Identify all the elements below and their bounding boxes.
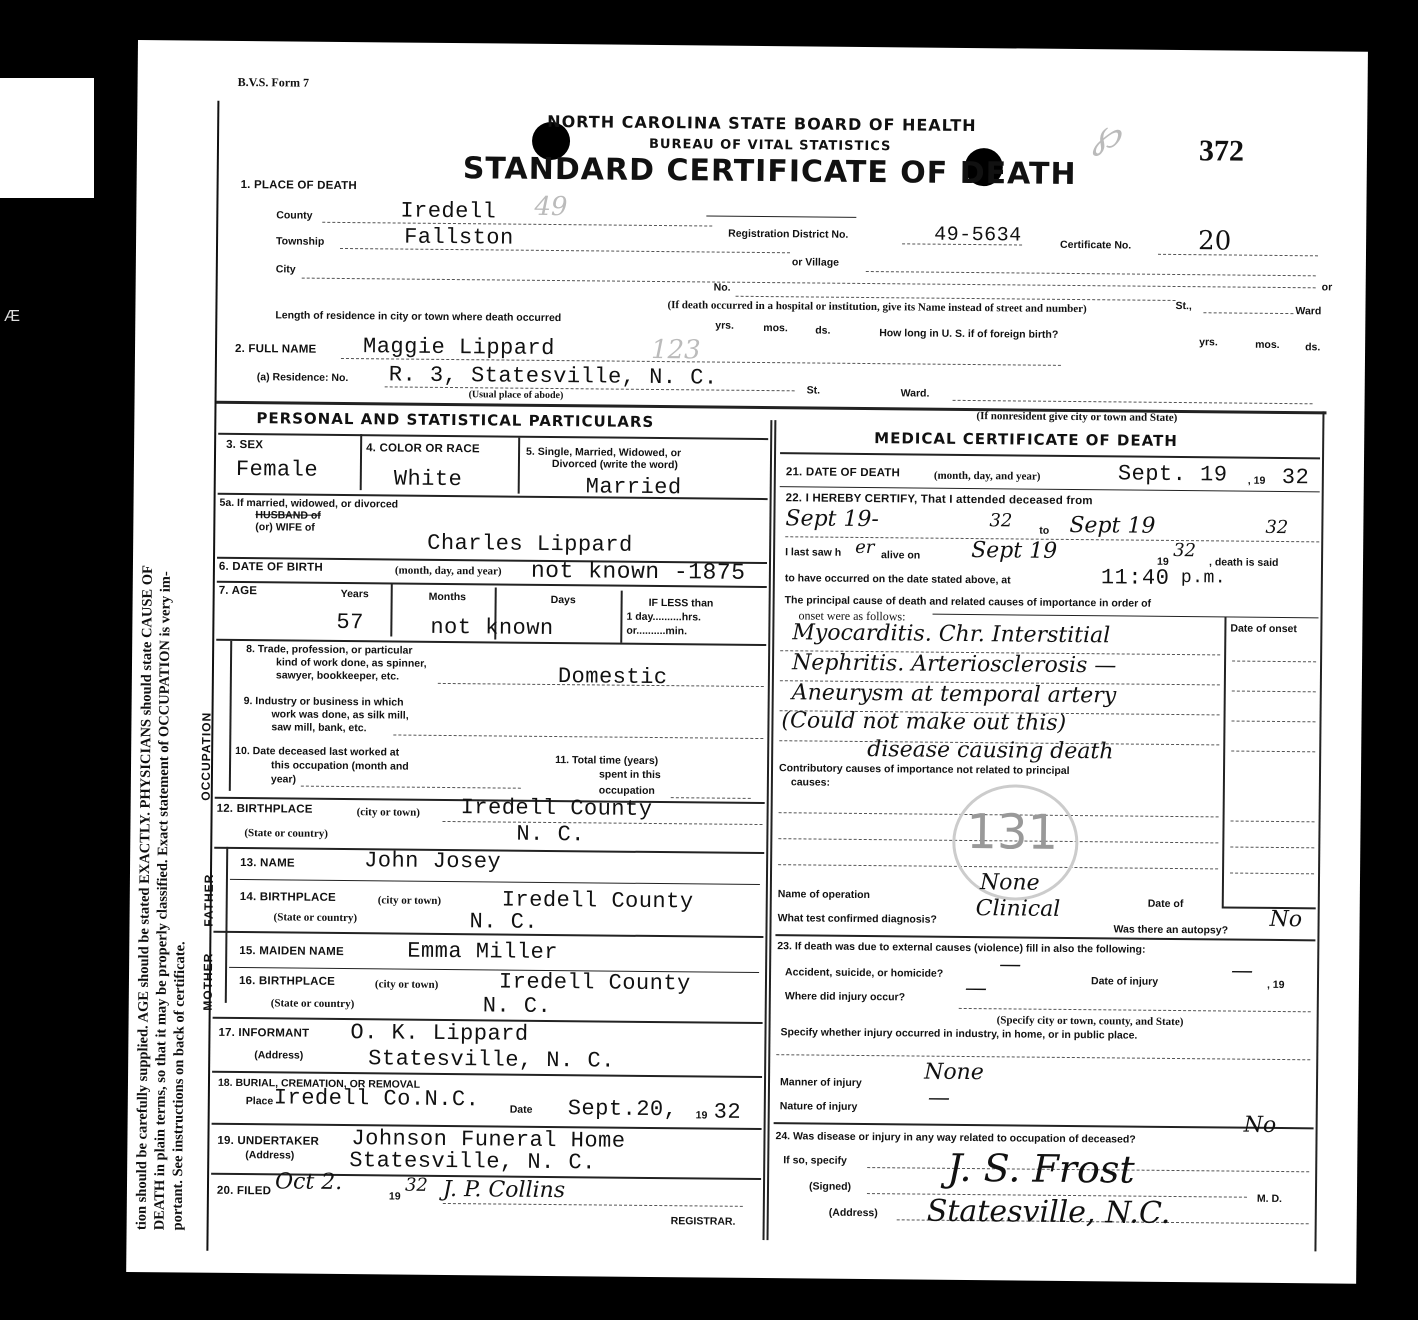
mother-side-label: MOTHER (201, 953, 216, 1011)
foreign-yrs-label: yrs. (1199, 336, 1218, 348)
sex-value: Female (236, 457, 318, 483)
row-line (775, 934, 1315, 941)
industry-label-2: work was done, as silk mill, (271, 708, 408, 721)
onset-rule (1232, 721, 1316, 723)
death-said-label: , death is said (1209, 556, 1279, 569)
accident-value: — (999, 952, 1021, 977)
certificate-no-label: Certificate No. (1060, 239, 1131, 252)
attended-to-value: Sept 19 (1069, 513, 1155, 539)
accident-label: Accident, suicide, or homicide? (785, 966, 943, 980)
where-injury-label: Where did injury occur? (785, 990, 905, 1003)
spouse-value: Charles Lippard (427, 531, 633, 558)
occupation-related-label: 24. Was disease or injury in any way rel… (775, 1130, 1135, 1145)
spouse-label-3: (or) WIFE of (255, 521, 315, 534)
manner-label: Manner of injury (780, 1076, 862, 1089)
race-label: 4. COLOR OR RACE (366, 442, 480, 455)
trade-label-3: sawyer, bookkeeper, etc. (276, 669, 399, 682)
certify-label: 22. I HEREBY CERTIFY, That I attended de… (786, 492, 1093, 507)
burial-place-label: Place (246, 1095, 274, 1107)
contributory-label-2: causes: (791, 776, 830, 788)
spouse-label-1: 5a. If married, widowed, or divorced (220, 497, 399, 511)
certificate-no-value: 20 (1198, 226, 1231, 256)
informant-name-value: O. K. Lippard (350, 1020, 528, 1047)
operation-date-label: Date of (1148, 898, 1184, 910)
registration-district-label: Registration District No. (728, 228, 848, 241)
pencil-mark: ℘ (1092, 111, 1120, 157)
injury-year-prefix: , 19 (1267, 979, 1285, 991)
residence-ward-label: Ward. (901, 387, 930, 399)
test-label: What test confirmed diagnosis? (778, 912, 937, 926)
full-name-value: Maggie Lippard (363, 334, 555, 361)
informant-address-value: Statesville, N. C. (368, 1046, 615, 1073)
trade-label-1: 8. Trade, profession, or particular (246, 643, 412, 657)
header-bureau: BUREAU OF VITAL STATISTICS (649, 137, 892, 154)
residence-value: R. 3, Statesville, N. C. (389, 362, 718, 390)
where-injury-value: — (965, 976, 987, 1001)
cause-line-5: disease causing death (867, 737, 1113, 764)
father-side-label: FATHER (201, 874, 216, 927)
hospital-note: (If death occurred in a hospital or inst… (667, 299, 1086, 315)
cell-divider (390, 584, 392, 636)
certificate-title: STANDARD CERTIFICATE OF DEATH (463, 151, 1077, 192)
attended-to-year: 32 (1265, 517, 1288, 538)
contributory-label-1: Contributory causes of importance not re… (779, 762, 1070, 777)
father-birthplace-city-sub: (city or town) (378, 894, 441, 907)
onset-rule (1232, 691, 1316, 693)
cell-divider (518, 438, 520, 494)
cause-line-3: Aneurysm at temporal artery (792, 680, 1117, 708)
row-line (230, 879, 760, 885)
attended-from-year: 32 (989, 510, 1012, 531)
birthplace-city-line (443, 821, 763, 825)
manner-value: None (924, 1060, 984, 1086)
mother-name-label: 15. MAIDEN NAME (239, 945, 344, 958)
onset-rule (1232, 661, 1316, 663)
date-of-death-sub: (month, day, and year) (934, 470, 1041, 483)
no-label: No. (714, 282, 731, 294)
burial-year-prefix: 19 (696, 1109, 708, 1121)
cell-divider (229, 641, 232, 791)
last-worked-label-2: this occupation (month and (271, 759, 409, 772)
age-years-label: Years (341, 588, 369, 600)
registrar-signature: J. P. Collins (443, 1177, 565, 1203)
operation-value: None (980, 870, 1040, 896)
st-label: St., (1175, 300, 1191, 312)
foreign-mos-label: mos. (1255, 339, 1280, 351)
time-suffix: p.m. (1181, 568, 1226, 588)
filed-year-value: 32 (405, 1175, 428, 1196)
mother-birthplace-state-sub: (State or country) (271, 997, 355, 1010)
autopsy-label: Was there an autopsy? (1113, 923, 1228, 936)
date-of-death-label: 21. DATE OF DEATH (786, 466, 900, 479)
foreign-ds-label: ds. (1305, 341, 1320, 353)
onset-rule (1230, 873, 1314, 875)
mother-birthplace-state-value: N. C. (483, 993, 552, 1019)
informant-address-label: (Address) (254, 1049, 303, 1061)
burial-date-value: Sept.20, (568, 1096, 678, 1122)
death-certificate: tion should be carefully supplied. AGE s… (126, 40, 1368, 1284)
specify-note: (Specify city or town, county, and State… (997, 1014, 1184, 1028)
mother-name-value: Emma Miller (407, 939, 558, 965)
race-value: White (394, 466, 463, 492)
total-time-label-3: occupation (599, 784, 655, 797)
county-label: County (276, 209, 312, 221)
filed-label: 20. FILED (217, 1185, 271, 1198)
specify-line (776, 1054, 1310, 1060)
city-label: City (276, 263, 296, 275)
mother-birthplace-label: 16. BIRTHPLACE (239, 975, 335, 988)
place-of-death-label: 1. PLACE OF DEATH (241, 179, 357, 192)
cell-divider (620, 591, 622, 643)
residence-mos-label: mos. (763, 322, 788, 334)
age-min-label: or..........min. (626, 625, 687, 638)
filed-date-value: Oct 2. (275, 1169, 342, 1195)
or-label: or (1322, 281, 1333, 293)
father-birthplace-state-sub: (State or country) (274, 911, 358, 924)
row-line (780, 486, 1320, 492)
age-hrs-label: 1 day..........hrs. (626, 611, 701, 624)
cause-line-4: (Could not make out this) (781, 708, 1066, 736)
sex-label: 3. SEX (226, 439, 263, 451)
dob-sub: (month, day, and year) (395, 564, 502, 577)
spouse-label-2: HUSBAND of (255, 509, 320, 522)
physician-signature: J. S. Frost (947, 1146, 1135, 1192)
header-board: NORTH CAROLINA STATE BOARD OF HEALTH (547, 112, 977, 135)
industry-line (393, 734, 763, 739)
length-residence-label: Length of residence in city or town wher… (275, 309, 561, 324)
cause-line-1: Myocarditis. Chr. Interstitial (792, 620, 1110, 648)
full-name-label: 2. FULL NAME (235, 343, 317, 356)
film-artifact: Æ (4, 308, 20, 326)
usual-place-note: (Usual place of abode) (469, 389, 564, 401)
age-days-label: Days (551, 594, 576, 606)
where-injury-line (959, 1008, 1311, 1012)
attended-from-value: Sept 19- (785, 506, 879, 532)
registrar-line (443, 1203, 743, 1207)
registration-district-value: 49-5634 (934, 224, 1022, 248)
if-so-label: If so, specify (783, 1154, 847, 1167)
father-name-value: John Josey (364, 848, 501, 874)
specify-whether-label: Specify whether injury occurred in indus… (780, 1026, 1137, 1041)
nature-value: — (928, 1086, 950, 1111)
registrar-label: REGISTRAR. (671, 1215, 736, 1228)
last-worked-label-1: 10. Date deceased last worked at (235, 745, 399, 759)
onset-rule (1230, 847, 1314, 849)
foreign-birth-label: How long in U. S. if of foreign birth? (879, 327, 1058, 341)
last-saw-label: I last saw h (785, 546, 841, 559)
cause-line-2: Nephritis. Arteriosclerosis — (792, 650, 1117, 678)
coding-stamp-number: 131 (966, 804, 1058, 861)
township-label: Township (276, 235, 324, 247)
undertaker-address-label: (Address) (245, 1149, 294, 1161)
external-causes-label: 23. If death was due to external causes … (777, 940, 1145, 956)
industry-label-3: saw mill, bank, etc. (271, 721, 366, 734)
row-line (218, 433, 768, 440)
row-line (780, 452, 1320, 459)
form-id: B.V.S. Form 7 (238, 75, 310, 91)
date-of-death-value: Sept. 19 (1118, 461, 1228, 487)
dob-label: 6. DATE OF BIRTH (219, 561, 323, 574)
cell-divider (225, 847, 228, 1003)
onset-rule (1231, 751, 1315, 753)
cell-divider (360, 434, 362, 490)
marital-label-1: 5. Single, Married, Widowed, or (526, 446, 681, 459)
residence-ward-line (953, 400, 1313, 404)
birthplace-label: 12. BIRTHPLACE (217, 803, 313, 816)
injury-date-label: Date of injury (1091, 975, 1158, 988)
age-less-label: IF LESS than (649, 597, 714, 610)
test-value: Clinical (976, 896, 1061, 922)
full-name-pencil: 123 (651, 335, 701, 365)
right-border (1314, 411, 1324, 1251)
attended-to-label: to (1039, 525, 1049, 537)
burial-date-label: Date (510, 1104, 533, 1116)
birthplace-city-value: Iredell County (461, 795, 653, 822)
city-line (302, 278, 1316, 289)
film-leader-tab (0, 78, 94, 198)
father-name-label: 13. NAME (240, 857, 295, 870)
county-line (322, 222, 712, 227)
time-value: 11:40 (1101, 565, 1170, 591)
age-label: 7. AGE (219, 585, 258, 597)
birthplace-state-sub: (State or country) (244, 827, 328, 840)
principal-cause-label-1: The principal cause of death and related… (785, 594, 1152, 610)
birthplace-state-value: N. C. (516, 822, 585, 848)
file-number: 372 (1199, 134, 1244, 168)
dob-value: not known -1875 (531, 558, 746, 586)
ward-line (1203, 312, 1293, 314)
date-of-death-year-value: 32 (1282, 465, 1310, 490)
autopsy-value: No (1269, 907, 1302, 932)
onset-rule (1231, 821, 1315, 823)
trade-value: Domestic (558, 664, 668, 690)
residence-ds-label: ds. (815, 325, 830, 337)
age-months-label: Months (429, 591, 466, 603)
ward-label: Ward (1295, 305, 1321, 317)
signed-label: (Signed) (809, 1180, 851, 1192)
undertaker-address-value: Statesville, N. C. (349, 1148, 596, 1175)
age-months-days-value: not known (430, 615, 554, 641)
occupation-related-value: No (1244, 1113, 1277, 1138)
injury-date-value: — (1231, 959, 1253, 984)
occupation-side-label: OCCUPATION (199, 712, 214, 801)
last-worked-line (301, 786, 521, 789)
divider (706, 215, 856, 217)
last-saw-year-value: 32 (1173, 540, 1196, 561)
residence-yrs-label: yrs. (715, 320, 734, 332)
personal-section-title: PERSONAL AND STATISTICAL PARTICULARS (256, 409, 654, 431)
father-birthplace-state-value: N. C. (469, 909, 538, 935)
marital-label-2: Divorced (write the word) (552, 458, 678, 471)
medical-section-title: MEDICAL CERTIFICATE OF DEATH (874, 429, 1178, 450)
total-time-label-2: spent in this (599, 768, 661, 781)
birthplace-city-sub: (city or town) (357, 806, 420, 819)
county-value: Iredell (400, 199, 496, 225)
township-value: Fallston (404, 225, 514, 251)
md-label: M. D. (1257, 1193, 1282, 1205)
informant-label: 17. INFORMANT (218, 1027, 309, 1040)
age-years-value: 57 (336, 610, 364, 635)
or-village-label: or Village (792, 256, 839, 268)
undertaker-label: 19. UNDERTAKER (217, 1135, 319, 1148)
occurred-label: to have occurred on the date stated abov… (785, 572, 1011, 586)
mother-birthplace-city-value: Iredell County (499, 970, 691, 997)
alive-on-label: alive on (881, 549, 920, 561)
residence-st-label: St. (807, 384, 821, 396)
operation-label: Name of operation (778, 888, 870, 901)
onset-column-divider (1222, 616, 1226, 906)
nature-label: Nature of injury (780, 1100, 858, 1113)
burial-year-value: 32 (714, 1100, 742, 1125)
date-of-onset-label: Date of onset (1230, 623, 1297, 636)
county-pencil-code: 49 (534, 192, 567, 222)
certificate-no-line (1158, 254, 1318, 257)
trade-label-2: kind of work done, as spinner, (276, 656, 427, 669)
father-birthplace-label: 14. BIRTHPLACE (240, 891, 336, 904)
total-time-label-1: 11. Total time (years) (555, 754, 658, 767)
residence-label: (a) Residence: No. (257, 371, 349, 384)
industry-label-1: 9. Industry or business in which (244, 695, 404, 709)
physician-address-label: (Address) (829, 1207, 878, 1219)
physician-address-value: Statesville, N.C. (927, 1194, 1171, 1231)
village-line (866, 271, 1316, 276)
row-line (774, 1122, 1314, 1129)
last-worked-label-3: year) (271, 773, 296, 785)
mother-birthplace-city-sub: (city or town) (375, 978, 438, 991)
last-saw-pronoun: er (855, 537, 874, 558)
row-line (933, 614, 1319, 619)
filed-year-prefix: 19 (389, 1190, 401, 1202)
margin-instructions: tion should be carefully supplied. AGE s… (133, 40, 204, 1231)
date-of-death-year-prefix: , 19 (1248, 475, 1266, 487)
last-saw-date-value: Sept 19 (971, 538, 1057, 564)
burial-place-value: Iredell Co.N.C. (274, 1085, 480, 1112)
total-time-line (671, 797, 751, 799)
